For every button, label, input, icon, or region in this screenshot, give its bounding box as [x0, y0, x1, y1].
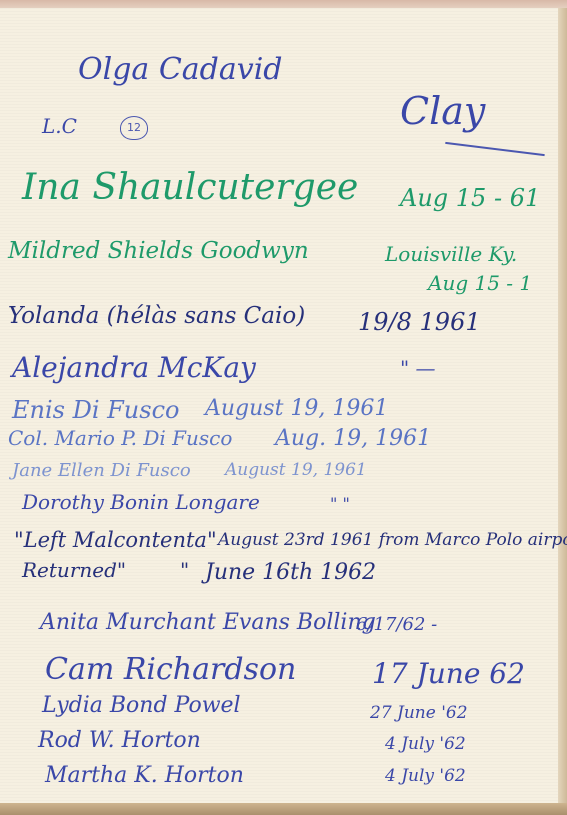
signature-cam-richardson: Cam Richardson	[45, 655, 296, 685]
date-jane-ellen-di-fusco: August 19, 1961	[225, 462, 367, 479]
date-anita-bolling: 6/17/62 -	[356, 616, 437, 634]
date-mario-di-fusco: Aug. 19, 1961	[275, 428, 431, 450]
signature-enis-di-fusco: Enis Di Fusco	[12, 398, 179, 422]
location-mildred: Louisville Ky.	[385, 244, 517, 264]
signature-mario-di-fusco: Col. Mario P. Di Fusco	[8, 428, 232, 448]
page-right-edge	[558, 8, 567, 808]
heart-badge: 12	[120, 116, 148, 140]
date-rod-horton: 4 July '62	[385, 736, 466, 753]
page-bottom-edge	[0, 803, 567, 815]
date-alejandra: " —	[400, 358, 436, 378]
signature-yolanda: Yolanda (hélàs sans Caio)	[8, 305, 305, 328]
note-departure: August 23rd 1961 from Marco Polo airport	[218, 532, 567, 549]
date-dorothy: " "	[330, 496, 350, 512]
date-yolanda: 19/8 1961	[358, 310, 481, 334]
signature-olga-cadavid: Olga Cadavid	[78, 55, 283, 85]
note-returned: Returned"	[22, 560, 126, 580]
date-martha-horton: 4 July '62	[385, 768, 466, 785]
date-enis-di-fusco: August 19, 1961	[205, 398, 388, 420]
note-returned-ditto: "	[180, 560, 189, 580]
signature-alejandra: Alejandra McKay	[12, 354, 256, 382]
date-mildred: Aug 15 - 1	[428, 273, 532, 293]
date-cam-richardson: 17 June 62	[372, 660, 525, 688]
note-left-malcontenta: "Left Malcontenta"	[14, 530, 217, 551]
signature-lydia-powel: Lydia Bond Powel	[42, 695, 241, 717]
date-returned: June 16th 1962	[205, 562, 376, 584]
signature-lc: L.C	[42, 116, 77, 136]
signature-clay: Clay	[400, 92, 485, 130]
signature-martha-horton: Martha K. Horton	[45, 765, 244, 787]
signature-ina: Ina Shaulcutergee	[22, 170, 358, 206]
date-ina: Aug 15 - 61	[400, 186, 540, 210]
signature-anita-bolling: Anita Murchant Evans Bolling	[40, 612, 376, 634]
signature-dorothy: Dorothy Bonin Longare	[22, 492, 260, 512]
signature-rod-horton: Rod W. Horton	[38, 730, 201, 752]
signature-mildred: Mildred Shields Goodwyn	[8, 240, 309, 263]
date-lydia-powel: 27 June '62	[370, 705, 468, 722]
signature-jane-ellen-di-fusco: Jane Ellen Di Fusco	[12, 462, 191, 480]
